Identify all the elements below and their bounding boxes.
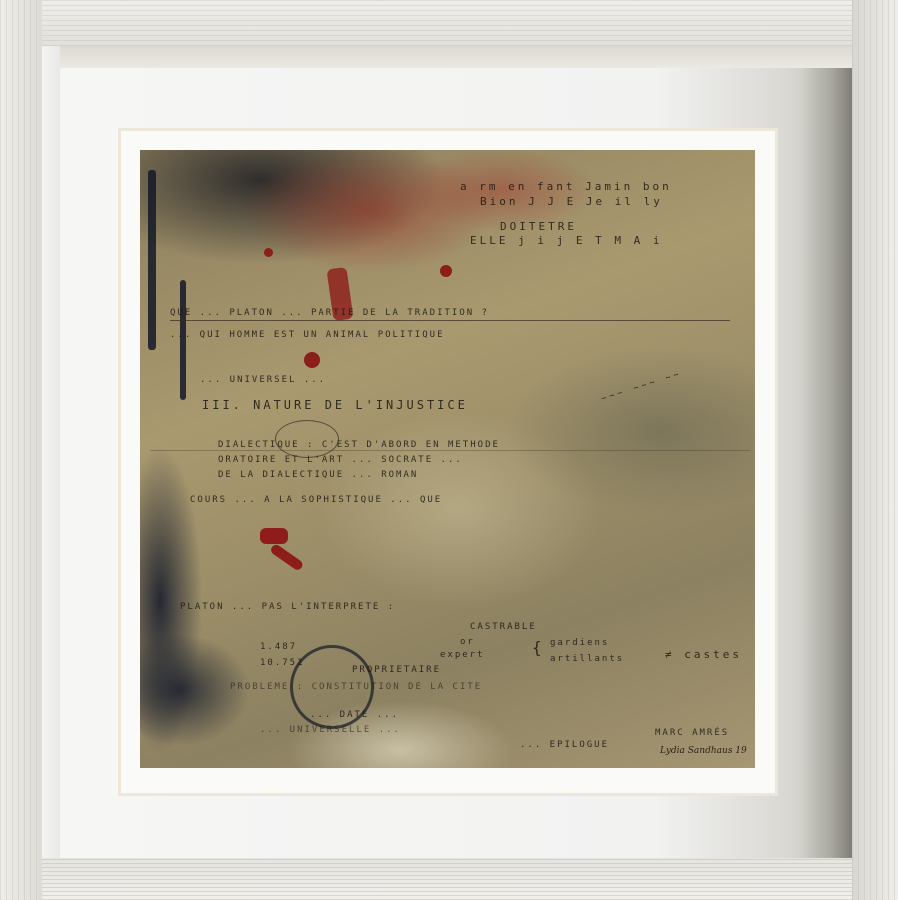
red-paint-dot	[304, 352, 320, 368]
frame-left-rail	[0, 0, 42, 900]
text-line: COURS ... A LA SOPHISTIQUE ... QUE	[190, 495, 442, 505]
section-heading: III. NATURE DE L'INJUSTICE	[202, 398, 468, 412]
text-line: DOITETRE	[500, 220, 577, 233]
mat-shadow	[800, 68, 852, 858]
text-line: artillants	[550, 654, 624, 664]
text-line: or	[460, 637, 475, 647]
text-line: ORATOIRE ET L'ART ... SOCRATE ...	[218, 455, 463, 465]
frame-bottom-rail	[0, 858, 898, 900]
frame-right-rail	[852, 0, 898, 900]
text-line: DIALECTIQUE : C'EST D'ABORD EN METHODE	[218, 440, 500, 450]
text-line: QUE ... PLATON ... PARTIE DE LA TRADITIO…	[170, 308, 489, 318]
brace-glyph: {	[532, 638, 545, 657]
text-line: ≠ castes	[665, 648, 742, 661]
text-line: ELLE j i j E T M A i	[470, 234, 662, 247]
text-line: PROBLEME : CONSTITUTION DE LA CITE	[230, 682, 482, 692]
red-paint-mark	[269, 543, 304, 572]
margin-note: ~~~ ~~~ ~~	[600, 369, 683, 405]
ink-drip	[180, 280, 186, 400]
text-line: a rm en fant Jamin bon	[460, 180, 672, 193]
text-line: DE LA DIALECTIQUE ... ROMAN	[218, 470, 418, 480]
signature: Lydia Sandhaus 19	[660, 746, 747, 756]
text-line: Bion J J E Je il ly	[480, 195, 663, 208]
ink-drip	[148, 170, 156, 350]
red-paint-dot	[440, 265, 452, 277]
frame-top-rail	[0, 0, 898, 46]
number-annotation: 10.751	[260, 658, 305, 668]
text-line: gardiens	[550, 638, 609, 648]
text-line: PROPRIETAIRE	[352, 665, 441, 675]
artist-mark: MARC AMRÉS	[655, 728, 729, 738]
frame-inner-bevel-left	[42, 46, 60, 858]
scribbled-oval	[275, 420, 339, 458]
underline-rule	[170, 320, 730, 321]
text-line: ... QUI HOMME EST UN ANIMAL POLITIQUE	[170, 330, 444, 340]
red-paint-dot	[264, 248, 273, 257]
text-line: ... UNIVERSEL ...	[200, 375, 326, 385]
artwork-paper: a rm en fant Jamin bon Bion J J E Je il …	[140, 150, 755, 768]
text-line: ... DATE ...	[310, 710, 399, 720]
text-line: CASTRABLE	[470, 622, 537, 632]
text-line: PLATON ... PAS L'INTERPRETE :	[180, 602, 395, 612]
text-line: ... UNIVERSELLE ...	[260, 725, 401, 735]
red-paint-mark	[260, 528, 288, 544]
ruled-line	[150, 450, 750, 451]
frame-inner-bevel	[42, 46, 852, 68]
number-annotation: 1.487	[260, 642, 297, 652]
text-line: expert	[440, 650, 485, 660]
text-line: ... EPILOGUE	[520, 740, 609, 750]
